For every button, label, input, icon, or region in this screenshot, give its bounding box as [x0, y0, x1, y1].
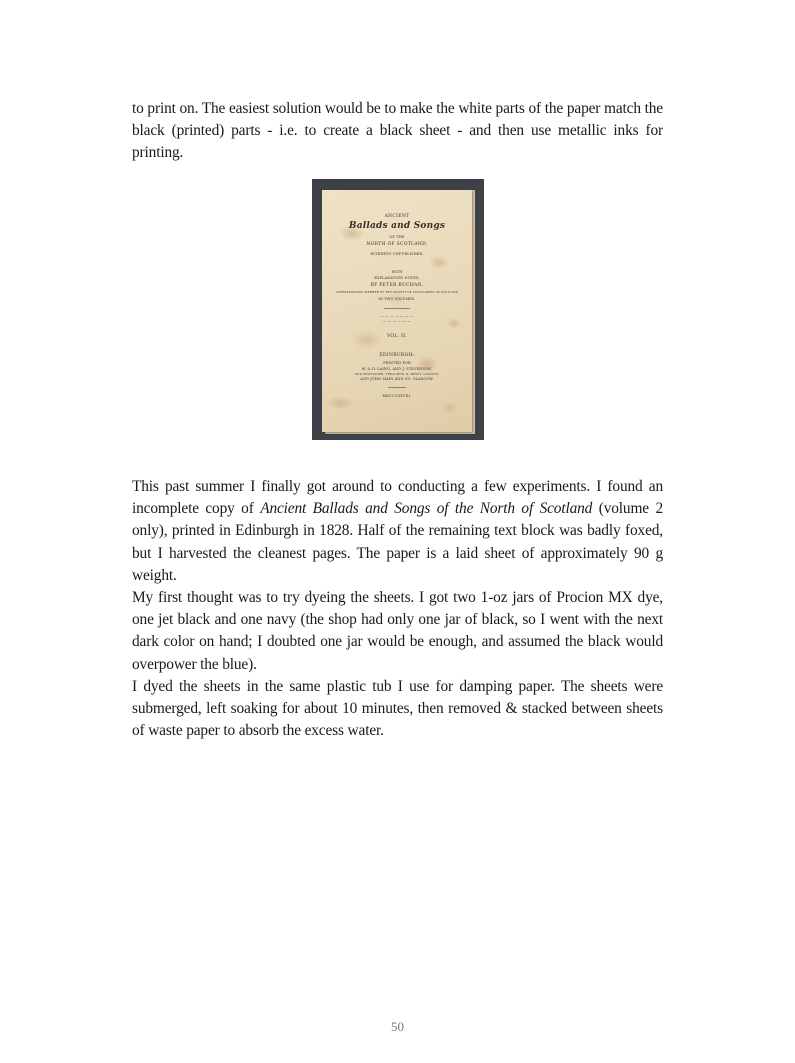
antique-title-page: ANCIENT Ballads and Songs OF THE NORTH O…: [322, 190, 472, 432]
title-line: VOL. II.: [322, 334, 472, 339]
book-title-italic: Ancient Ballads and Songs of the North o…: [260, 500, 592, 517]
title-line: IN TWO VOLUMES.: [322, 297, 472, 301]
title-line: CORRESPONDING MEMBER OF THE SOCIETY OF A…: [322, 291, 472, 294]
title-line: ANCIENT: [322, 214, 472, 219]
page-number: 50: [0, 1019, 795, 1035]
title-line: AND WHITTAKER, TREACHER, & ARNOT, LONDON…: [322, 372, 472, 376]
title-line: — — — — — — —: [322, 314, 472, 318]
title-line: PRINTED FOR: [322, 361, 472, 365]
title-line: Ballads and Songs: [322, 221, 472, 231]
paragraph-experiments: This past summer I finally got around to…: [132, 476, 663, 587]
text-block-top: to print on. The easiest solution would …: [132, 98, 663, 165]
paragraph-continuation: to print on. The easiest solution would …: [132, 98, 663, 165]
title-line: MDCCCXXVIII.: [322, 394, 472, 398]
title-line: — — — — — —: [322, 319, 472, 323]
title-line: EDINBURGH:: [322, 353, 472, 358]
title-line: HITHERTO UNPUBLISHED.: [322, 252, 472, 256]
title-line: W. & D. LAING, AND J. STEVENSON,: [322, 367, 472, 371]
title-page-photo: ANCIENT Ballads and Songs OF THE NORTH O…: [312, 179, 484, 440]
title-line: EXPLANATORY NOTES,: [322, 276, 472, 280]
title-line: WITH: [322, 270, 472, 274]
divider-rule: [384, 308, 410, 309]
title-line: NORTH OF SCOTLAND,: [322, 242, 472, 247]
title-line: BY PETER BUCHAN,: [322, 283, 472, 288]
title-line: AND JOHN MAIN AND CO. GLASGOW.: [322, 377, 472, 381]
text-block-bottom: This past summer I finally got around to…: [132, 476, 663, 742]
divider-rule: [388, 387, 406, 388]
document-page: to print on. The easiest solution would …: [0, 0, 795, 1063]
paragraph-process: I dyed the sheets in the same plastic tu…: [132, 676, 663, 743]
paragraph-dyeing: My first thought was to try dyeing the s…: [132, 587, 663, 676]
title-line: OF THE: [322, 235, 472, 239]
